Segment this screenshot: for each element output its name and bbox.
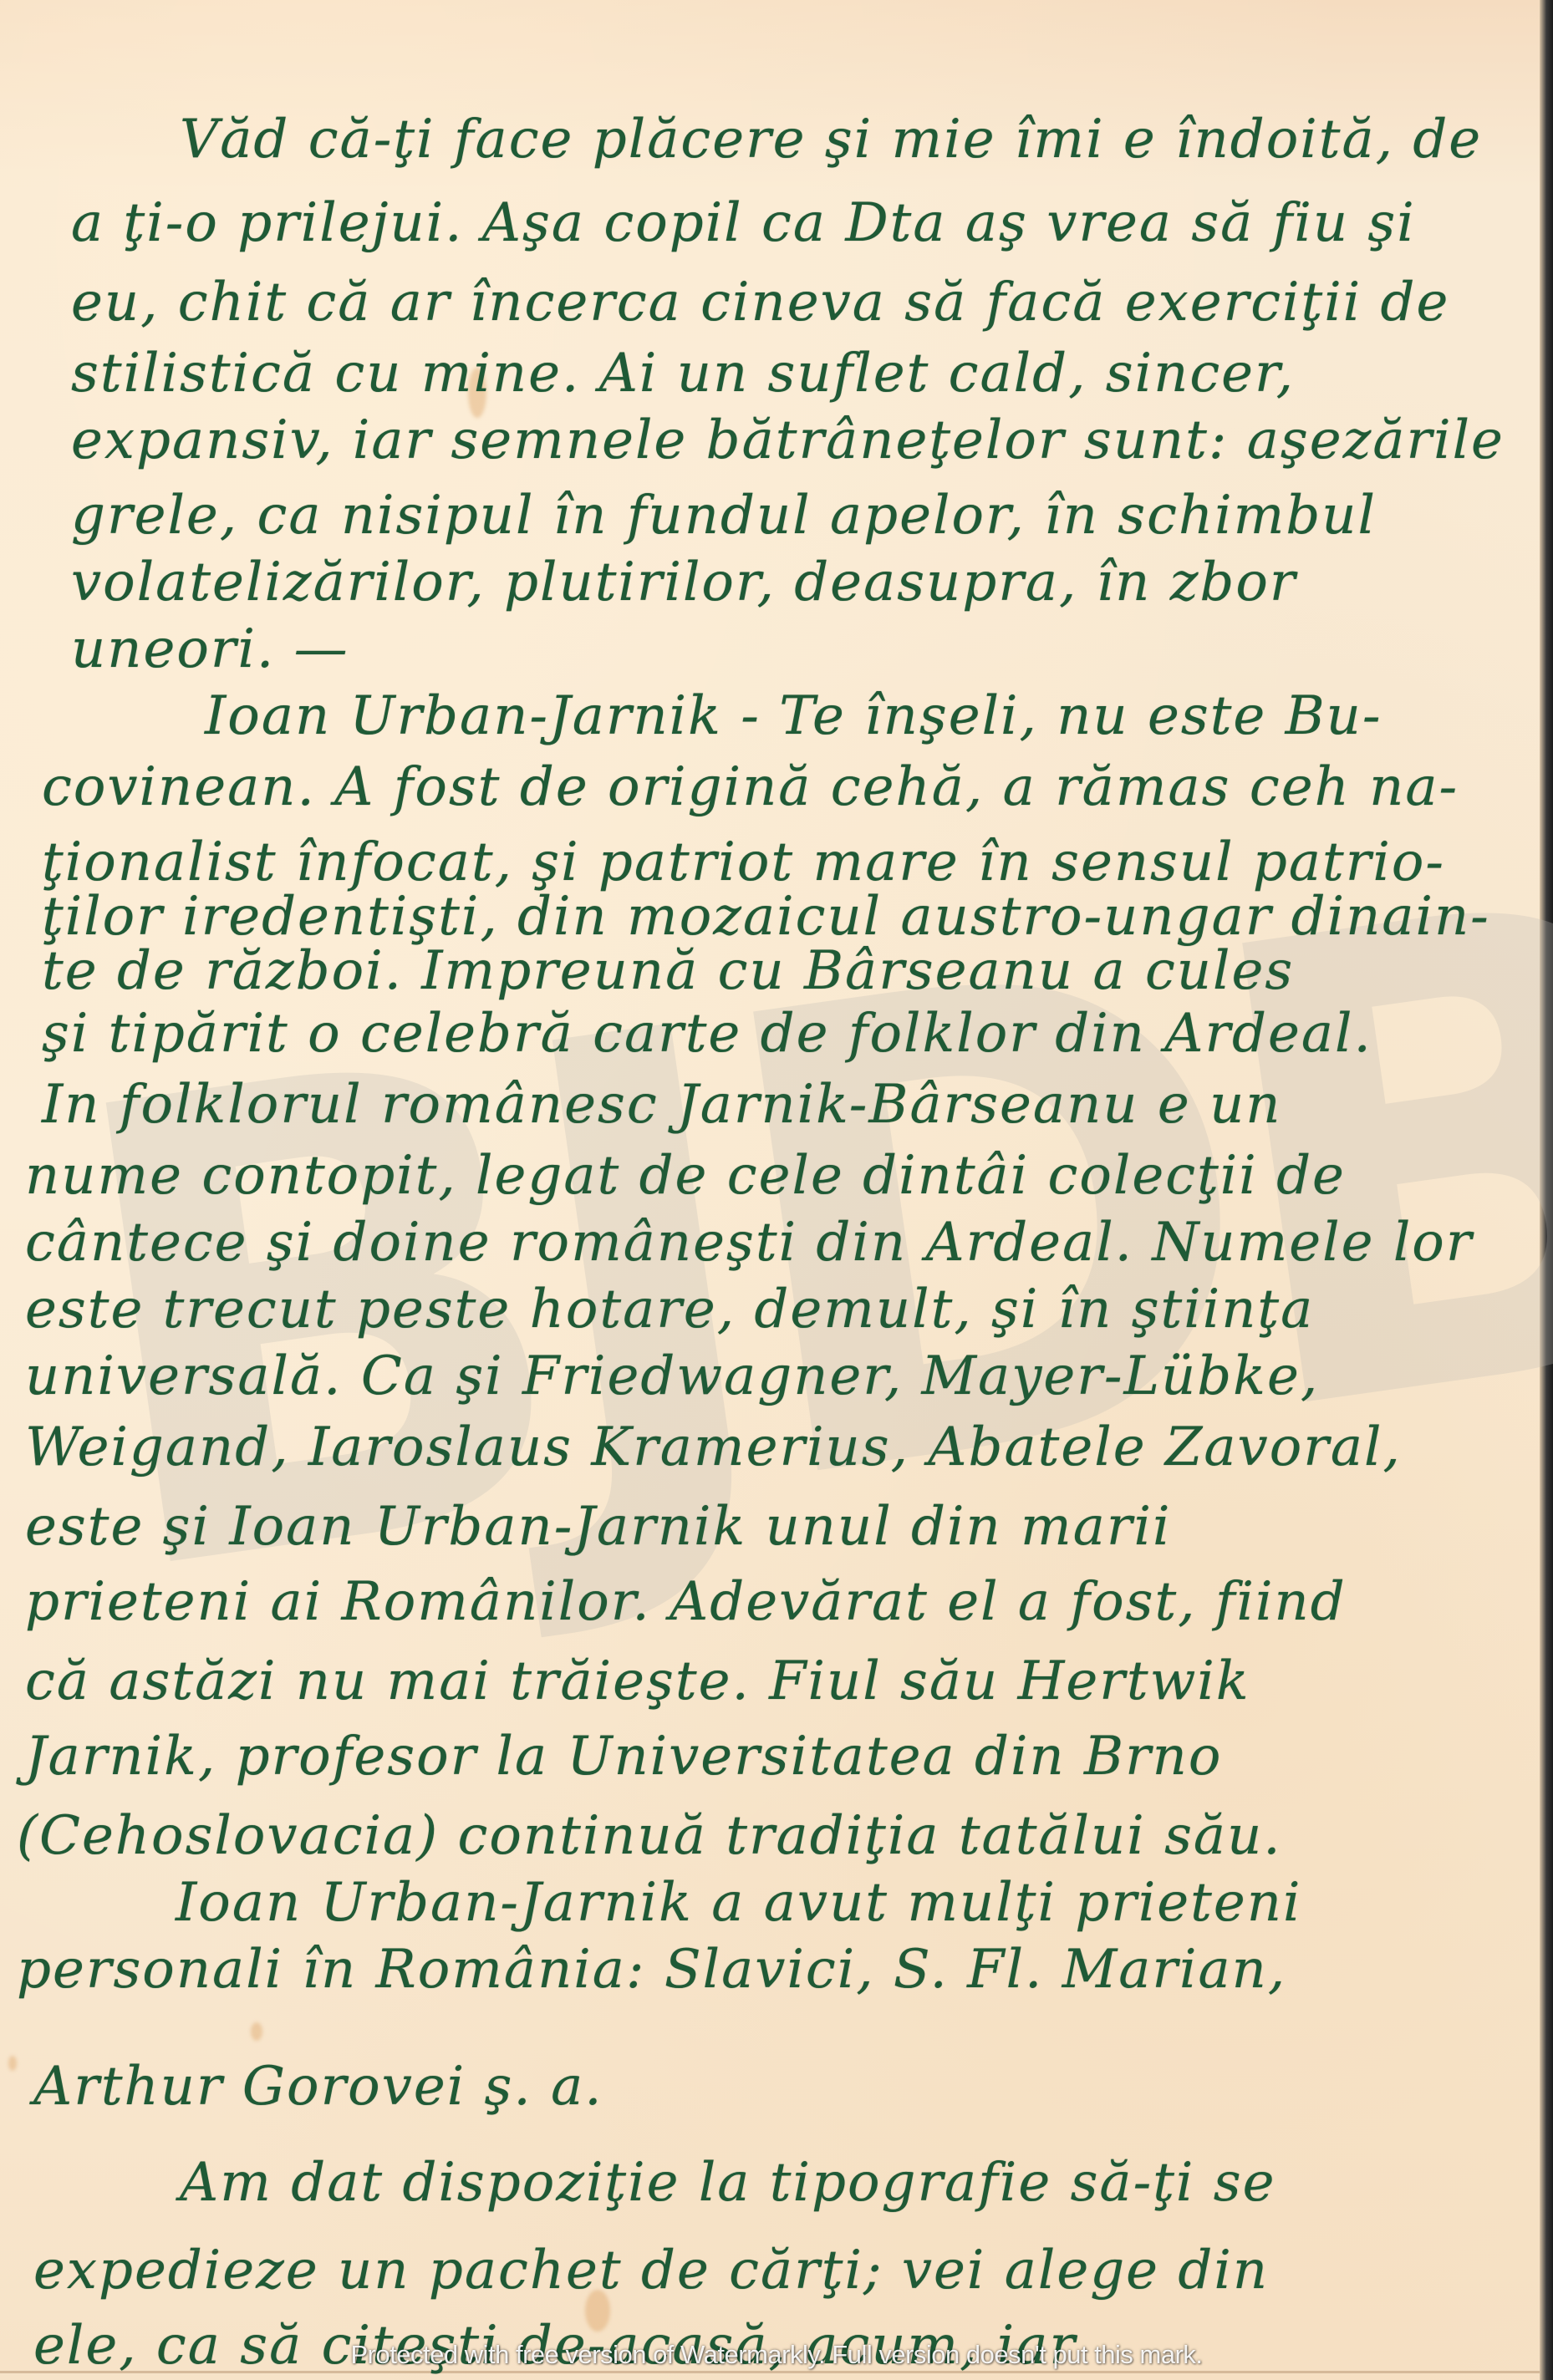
- letter-line: Weigand, Iaroslaus Kramerius, Abatele Za…: [25, 1416, 1402, 1478]
- letter-line: este trecut peste hotare, demult, şi în …: [25, 1279, 1314, 1340]
- letter-line: Arthur Gorovei ş. a.: [33, 2056, 603, 2118]
- letter-line: şi tipărit o celebră carte de folklor di…: [42, 1003, 1372, 1065]
- letter-line: ţilor iredentişti, din mozaicul austro-u…: [42, 886, 1490, 948]
- watermarkly-banner: Protected with free version of Watermark…: [0, 2340, 1553, 2370]
- letter-line: este şi Ioan Urban-Jarnik unul din marii: [25, 1496, 1171, 1558]
- handwritten-letter: Văd că-ţi face plăcere şi mie îmi e îndo…: [0, 0, 1540, 2380]
- letter-line: Jarnik, profesor la Universitatea din Br…: [25, 1726, 1222, 1788]
- letter-line: a ţi-o prilejui. Aşa copil ca Dta aş vre…: [71, 192, 1416, 254]
- letter-line: Am dat dispoziţie la tipografie să-ţi se: [180, 2152, 1275, 2214]
- letter-line: uneori. —: [71, 618, 349, 680]
- letter-line: că astăzi nu mai trăieşte. Fiul său Hert…: [25, 1650, 1250, 1712]
- letter-line: expansiv, iar semnele bătrâneţelor sunt:…: [71, 409, 1505, 471]
- letter-line: universală. Ca şi Friedwagner, Mayer-Lüb…: [25, 1345, 1319, 1407]
- letter-line: nume contopit, legat de cele dintâi cole…: [25, 1145, 1346, 1207]
- letter-line: te de război. Impreună cu Bârseanu a cul…: [42, 940, 1294, 1002]
- letter-line: volatelizărilor, plutirilor, deasupra, î…: [71, 552, 1297, 613]
- letter-line: cântece şi doine româneşti din Ardeal. N…: [25, 1212, 1473, 1274]
- letter-line: Ioan Urban-Jarnik a avut mulţi prieteni: [176, 1872, 1301, 1934]
- letter-line: personali în România: Slavici, S. Fl. Ma…: [17, 1939, 1286, 2001]
- letter-line: Văd că-ţi face plăcere şi mie îmi e îndo…: [180, 109, 1482, 170]
- letter-line: Ioan Urban-Jarnik - Te înşeli, nu este B…: [205, 685, 1382, 747]
- letter-line: stilistică cu mine. Ai un suflet cald, s…: [71, 343, 1295, 404]
- letter-line: (Cehoslovacia) continuă tradiţia tatălui…: [17, 1805, 1282, 1867]
- letter-line: covinean. A fost de origină cehă, a răma…: [42, 756, 1459, 818]
- page-edge: [1540, 0, 1553, 2380]
- letter-line: ţionalist înfocat, şi patriot mare în se…: [42, 831, 1445, 893]
- letter-line: grele, ca nisipul în fundul apelor, în s…: [71, 485, 1377, 547]
- letter-line: eu, chit că ar încerca cineva să facă ex…: [71, 272, 1449, 333]
- letter-line: In folklorul românesc Jarnik-Bârseanu e …: [42, 1074, 1282, 1136]
- letter-line: prieteni ai Românilor. Adevărat el a fos…: [25, 1571, 1347, 1633]
- letter-line: expedieze un pachet de cărţi; vei alege …: [33, 2240, 1269, 2301]
